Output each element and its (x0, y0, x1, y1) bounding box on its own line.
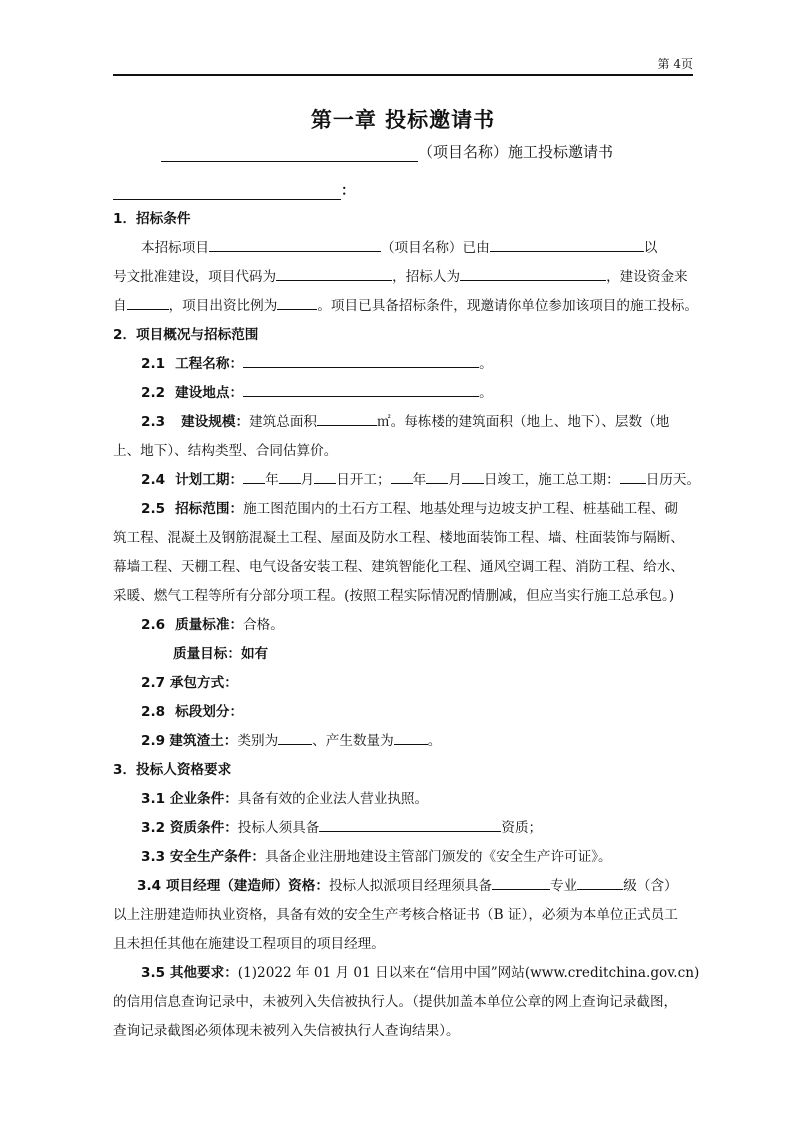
item-2-1: 2.1工程名称：。 (113, 350, 693, 379)
item-3-5: 3.5 其他要求：(1)2022 年 01 月 01 日以来在“信用中国”网站(… (113, 959, 693, 988)
paragraph-line: 的信用信息查询记录中，未被列入失信被执行人。（提供加盖本单位公章的网上查询记录截… (113, 988, 693, 1017)
quality-target: 质量目标：如有 (113, 640, 693, 669)
blank[interactable] (279, 469, 301, 484)
blank[interactable] (490, 237, 644, 252)
blank[interactable] (394, 730, 428, 745)
item-2-5: 2.5招标范围：施工图范围内的土石方工程、地基处理与边坡支护工程、桩基础工程、砌 (113, 495, 693, 524)
paragraph-line: 采暖、燃气工程等所有分部分项工程。(按照工程实际情况酌情删减，但应当实行施工总承… (113, 582, 693, 611)
blank[interactable] (209, 237, 381, 252)
page-header: 第 4页 (113, 52, 693, 76)
paragraph-line: 查询记录截图必须体现未被列入失信被执行人查询结果）。 (113, 1017, 693, 1046)
item-2-6: 2.6质量标准：合格。 (113, 611, 693, 640)
qualification-blank[interactable] (319, 817, 501, 832)
paragraph-line: 以上注册建造师执业资格，具备有效的安全生产考核合格证书（B 证），必须为本单位正… (113, 901, 693, 930)
paragraph-line: 幕墙工程、天棚工程、电气设备安装工程、建筑智能化工程、通风空调工程、消防工程、给… (113, 553, 693, 582)
blank[interactable] (620, 469, 646, 484)
blank[interactable] (314, 469, 336, 484)
item-2-2: 2.2建设地点：。 (113, 379, 693, 408)
project-code-blank[interactable] (276, 266, 392, 281)
fund-ratio-blank[interactable] (277, 295, 317, 310)
project-title-blank[interactable] (243, 353, 479, 368)
chapter-title: 第一章 投标邀请书 (113, 104, 693, 134)
item-3-3: 3.3 安全生产条件：具备企业注册地建设主管部门颁发的《安全生产许可证》。 (113, 843, 693, 872)
grade-blank[interactable] (577, 875, 623, 890)
blank[interactable] (278, 730, 312, 745)
section-heading-2: 2．项目概况与招标范围 (113, 321, 693, 350)
site-location-blank[interactable] (243, 382, 479, 397)
specialty-blank[interactable] (492, 875, 550, 890)
paragraph-line: 自，项目出资比例为。项目已具备招标条件，现邀请你单位参加该项目的施工投标。 (113, 292, 693, 321)
document-body: 1．招标条件 本招标项目（项目名称）已由以 号文批准建设，项目代码为，招标人为，… (113, 205, 693, 1046)
item-3-1: 3.1 企业条件：具备有效的企业法人营业执照。 (113, 785, 693, 814)
recipient-blank[interactable] (113, 185, 341, 200)
subtitle-suffix: （项目名称）施工投标邀请书 (418, 141, 613, 162)
blank[interactable] (462, 469, 484, 484)
paragraph-line: 上、地下）、结构类型、合同估算价。 (113, 437, 693, 466)
item-2-3: 2.3建设规模：建筑总面积㎡。每栋楼的建筑面积（地上、地下）、层数（地 (113, 408, 693, 437)
total-area-blank[interactable] (317, 411, 377, 426)
item-3-2: 3.2 资质条件：投标人须具备资质； (113, 814, 693, 843)
subtitle: （项目名称）施工投标邀请书 (161, 141, 613, 162)
item-2-9: 2.9 建筑渣土：类别为、产生数量为。 (113, 727, 693, 756)
item-2-8: 2.8标段划分： (113, 698, 693, 727)
paragraph-line: 号文批准建设，项目代码为，招标人为，建设资金来 (113, 263, 693, 292)
paragraph-line: 且未担任其他在施建设工程项目的项目经理。 (113, 930, 693, 959)
recipient-line: ： (113, 180, 355, 200)
tenderer-blank[interactable] (460, 266, 606, 281)
item-2-4: 2.4计划工期：年月日开工；年月日竣工，施工总工期：日历天。 (113, 466, 693, 495)
blank[interactable] (243, 469, 265, 484)
item-2-7: 2.7 承包方式： (113, 669, 693, 698)
blank[interactable] (391, 469, 413, 484)
paragraph-line: 筑工程、混凝土及钢筋混凝土工程、屋面及防水工程、楼地面装饰工程、墙、柱面装饰与隔… (113, 524, 693, 553)
section-heading-3: 3．投标人资格要求 (113, 756, 693, 785)
fund-source-blank[interactable] (127, 295, 169, 310)
paragraph-line: 本招标项目（项目名称）已由以 (113, 234, 693, 263)
project-name-blank[interactable] (161, 147, 418, 162)
section-heading-1: 1．招标条件 (113, 205, 693, 234)
item-3-4: 3.4 项目经理（建造师）资格：投标人拟派项目经理须具备专业级（含） (113, 872, 693, 901)
blank[interactable] (426, 469, 448, 484)
page-number: 第 4页 (658, 55, 693, 72)
